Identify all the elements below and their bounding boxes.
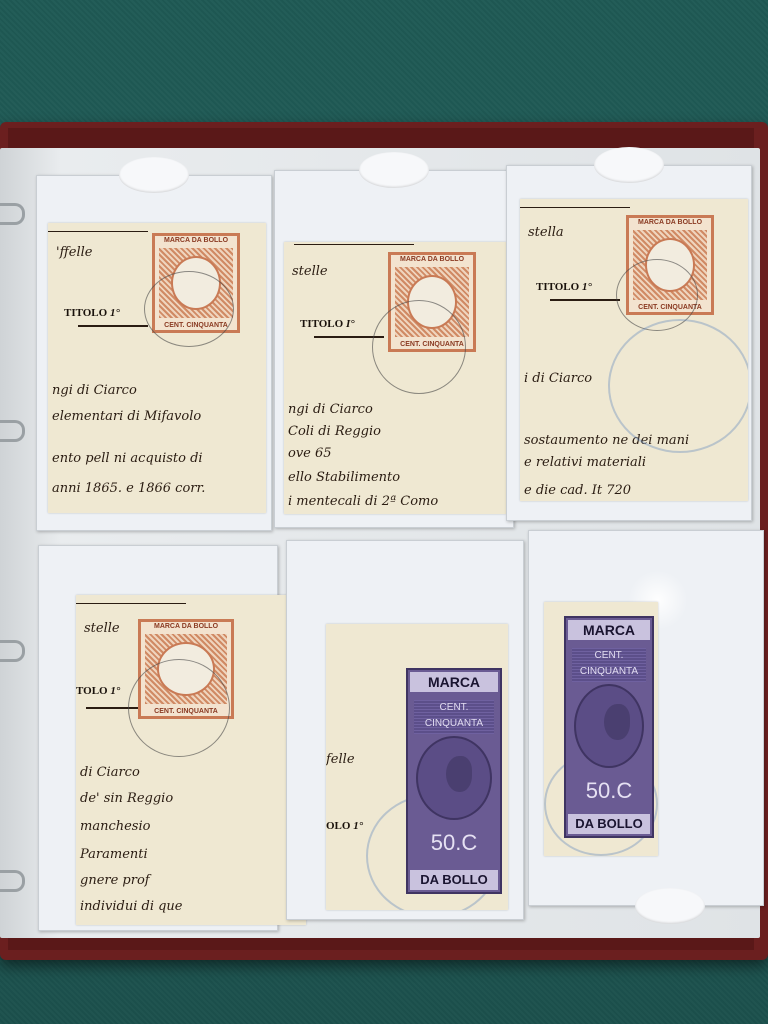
postmark-cancel [144, 271, 234, 347]
marca-da-bollo-purple-stamp: MARCA CENT.CINQUANTA 50.C DA BOLLO [564, 616, 654, 838]
stamp-pocket: stelle TITOLO I° ngi di Ciarco Coli di R… [274, 170, 514, 528]
handwriting: felle [326, 752, 355, 767]
king-portrait-medallion [574, 684, 644, 768]
handwriting: manchesio [80, 819, 150, 834]
stamp-pocket: 'ffelle TITOLO 1° ngi di Ciarco elementa… [36, 175, 272, 531]
handwriting: i mentecali di 2ª Como [288, 494, 438, 509]
binder-ring [0, 870, 25, 892]
binder-ring [0, 203, 25, 225]
king-portrait-medallion [416, 736, 492, 820]
handwriting: ngi di Ciarco [288, 402, 373, 417]
handwriting: ngi di Ciarco [52, 383, 137, 398]
handwriting: gnere prof [80, 873, 150, 888]
handwriting: ove 65 [288, 446, 332, 461]
document-fragment: 'ffelle TITOLO 1° ngi di Ciarco elementa… [48, 223, 266, 513]
titolo-label: TOLO 1° [76, 685, 120, 697]
handwriting: 'ffelle [56, 245, 93, 260]
handwriting: Coli di Reggio [288, 424, 381, 439]
handwriting: stella [528, 225, 564, 240]
titolo-label: TITOLO 1° [536, 281, 592, 293]
stamp-pocket: MARCA CENT.CINQUANTA 50.C DA BOLLO [528, 530, 764, 906]
handwriting: anni 1865. e 1866 corr. [52, 481, 205, 496]
handwriting: di Ciarco [80, 765, 140, 780]
document-fragment: stelle TITOLO I° ngi di Ciarco Coli di R… [284, 242, 506, 514]
titolo-label: TITOLO 1° [64, 307, 120, 319]
handwriting: elementari di Mifavolo [52, 409, 201, 424]
handwriting: de' sin Reggio [80, 791, 173, 806]
postmark-cancel [128, 659, 230, 757]
document-fragment: felle OLO 1° MARCA CENT.CINQUANTA 50.C D… [326, 624, 508, 910]
document-fragment: MARCA CENT.CINQUANTA 50.C DA BOLLO [544, 602, 658, 856]
handwriting: Paramenti [80, 847, 148, 862]
handwriting: individui di que [80, 899, 183, 914]
stamp-pocket: stella TITOLO 1° i di Ciarco sostaumento… [506, 165, 752, 521]
handwriting: ello Stabilimento [288, 470, 400, 485]
handwriting: i di Ciarco [524, 371, 592, 386]
stamp-pocket: felle OLO 1° MARCA CENT.CINQUANTA 50.C D… [286, 540, 524, 920]
binder-ring [0, 640, 25, 662]
document-fragment: stella TITOLO 1° i di Ciarco sostaumento… [520, 199, 748, 501]
handwriting: stelle [292, 264, 328, 279]
titolo-label: OLO 1° [326, 820, 363, 832]
handwriting: e relativi materiali [524, 455, 646, 470]
postmark-cancel [372, 300, 466, 394]
blue-handstamp [608, 319, 748, 453]
marca-da-bollo-purple-stamp: MARCA CENT.CINQUANTA 50.C DA BOLLO [406, 668, 502, 894]
binder-ring [0, 420, 25, 442]
handwriting: e die cad. It 720 [524, 483, 631, 498]
handwriting: ento pell ni acquisto di [52, 451, 203, 466]
stamp-pocket: stelle TOLO 1° di Ciarco de' sin Reggio … [38, 545, 278, 931]
handwriting: stelle [84, 621, 120, 636]
titolo-label: TITOLO I° [300, 318, 355, 330]
document-fragment: stelle TOLO 1° di Ciarco de' sin Reggio … [76, 595, 306, 925]
